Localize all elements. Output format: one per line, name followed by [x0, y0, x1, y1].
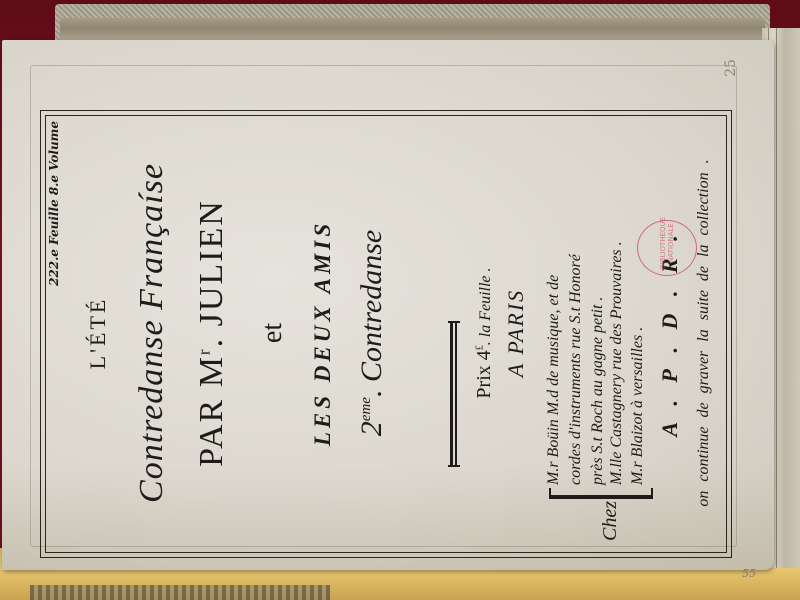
- city: A PARIS: [503, 115, 529, 551]
- sellers-block: Chez M.r Boüin M.d de musique, et de cor…: [545, 121, 655, 541]
- seller-line: M.lle Castagnery rue des Prouvaires .: [608, 241, 626, 485]
- piece-title: L'ÉTÉ: [85, 115, 111, 551]
- rotated-title-content: 222.e Feuille 8.e Volume L'ÉTÉ Contredan…: [45, 115, 725, 551]
- author-prefix: PAR M: [193, 355, 230, 467]
- stamp-text: BIBLIOTHÈQUE NATIONALE: [659, 214, 675, 272]
- price-line: Prix 4£. la Feuille .: [473, 115, 496, 551]
- pencil-annotation: 25: [723, 59, 739, 77]
- piece-subtitle: Contredanse Françaíse: [133, 115, 171, 551]
- price-sup: £: [474, 345, 485, 350]
- seller-line: M.r Blaizot à versailles .: [629, 327, 647, 485]
- subtitle-number: 2: [355, 421, 388, 436]
- ornamental-divider: [450, 323, 458, 465]
- author-name: . JULIEN: [193, 199, 230, 347]
- library-stamp: BIBLIOTHÈQUE NATIONALE: [637, 220, 697, 276]
- price-label: Prix 4: [473, 350, 495, 398]
- footer-note: on continue de graver la suite de la col…: [695, 115, 713, 551]
- privilege-mark: A . P . D . R .: [657, 115, 683, 551]
- seller-line: cordes d'instruments rue S.t Honoré: [567, 254, 585, 485]
- conjunction: et: [257, 115, 289, 551]
- underlying-sheet-texture: [30, 585, 330, 600]
- sellers-label: Chez: [599, 501, 622, 541]
- second-piece-title: LES DEUX AMIS: [310, 115, 336, 551]
- second-piece-subtitle: 2eme. Contredanse: [355, 115, 389, 551]
- seller-line: M.r Boüin M.d de musique, et de: [545, 275, 563, 485]
- seller-line: près S.t Roch au gagne petit .: [589, 297, 607, 485]
- price-unit: . la Feuille .: [477, 267, 494, 345]
- volume-reference: 222.e Feuille 8.e Volume: [47, 121, 61, 551]
- subtitle-text: . Contredanse: [355, 230, 388, 397]
- author-line: PAR Mr. JULIEN: [193, 115, 231, 551]
- author-sup: r: [195, 347, 214, 355]
- folio-number: 55: [742, 567, 756, 580]
- subtitle-sup: eme: [358, 397, 374, 421]
- bracket: [549, 488, 653, 499]
